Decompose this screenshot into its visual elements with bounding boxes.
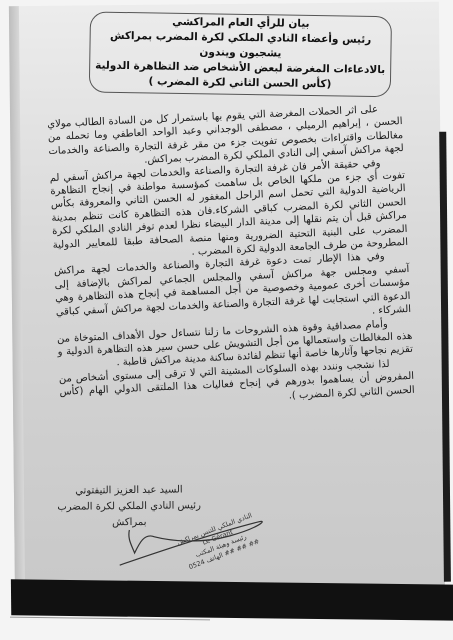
- page-edge: [9, 6, 25, 606]
- paragraph: وفي حقيقة الأمر فان غرفة التجارة والصناع…: [49, 156, 408, 266]
- scanned-page: بيان للرأي العام المراكشي رئيس وأعضاء ال…: [9, 2, 445, 606]
- scan-shadow-right: [439, 132, 451, 582]
- statement-body: على اثر الحملات المغرضة التي يقوم بها با…: [47, 102, 415, 413]
- signatory-name: السيد عبد العزيز التيفتوتي: [39, 482, 219, 500]
- title-box: بيان للرأي العام المراكشي رئيس وأعضاء ال…: [89, 11, 392, 97]
- title-line-2: رئيس وأعضاء النادي الملكي لكرة المضرب بم…: [90, 28, 390, 63]
- scan-shadow-bottom: [11, 579, 453, 620]
